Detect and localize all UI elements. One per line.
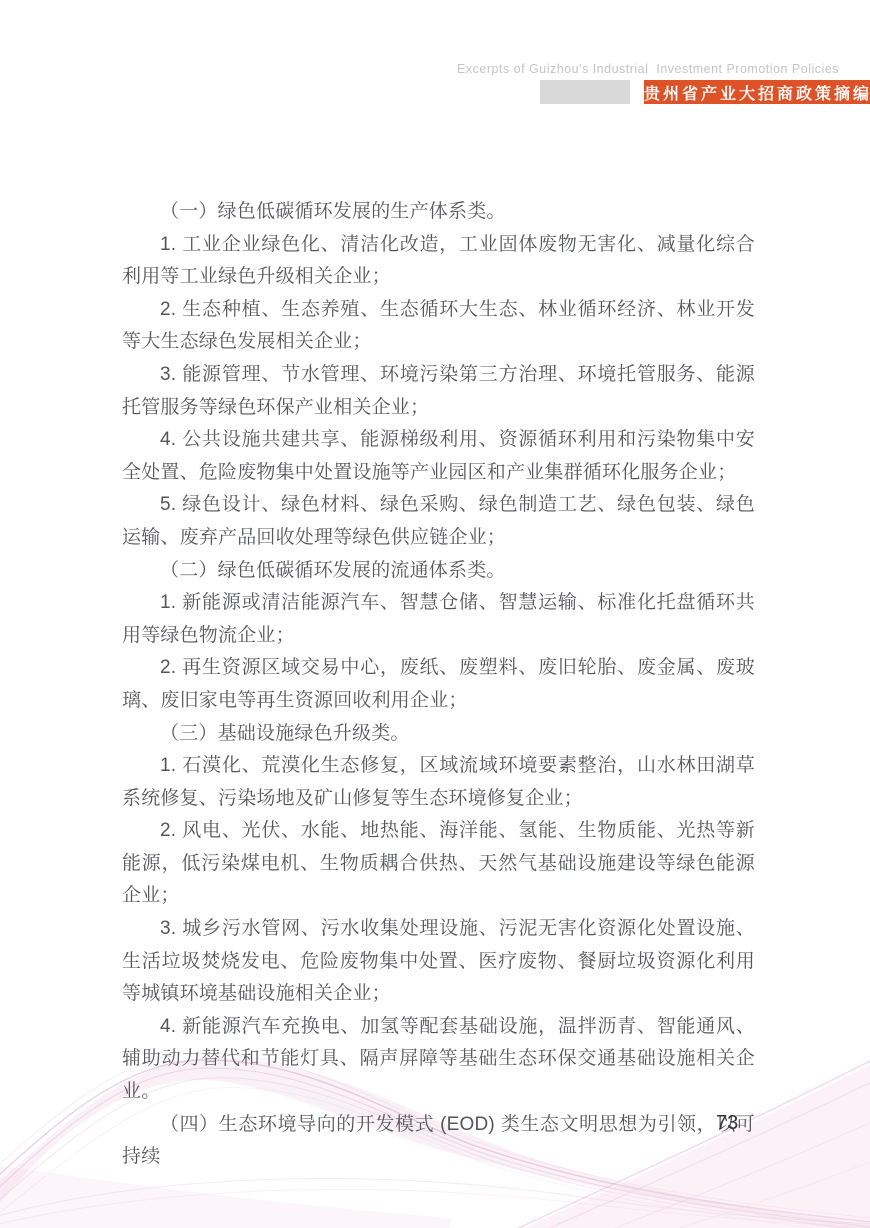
paragraph: 2. 生态种植、生态养殖、生态循环大生态、林业循环经济、林业开发等大生态绿色发展…	[122, 294, 755, 359]
wave-line	[0, 1189, 870, 1228]
paragraph: 4. 公共设施共建共享、能源梯级利用、资源循环利用和污染物集中安全处置、危险废物…	[122, 424, 755, 489]
section-heading-2: （二）绿色低碳循环发展的流通体系类。	[122, 555, 755, 588]
paragraph: 4. 新能源汽车充换电、加氢等配套基础设施，温拌沥青、智能通风、辅助动力替代和节…	[122, 1011, 755, 1109]
paragraph: 1. 工业企业绿色化、清洁化改造，工业固体废物无害化、减量化综合利用等工业绿色升…	[122, 229, 755, 294]
document-body: （一）绿色低碳循环发展的生产体系类。 1. 工业企业绿色化、清洁化改造，工业固体…	[122, 196, 755, 1174]
paragraph: 3. 能源管理、节水管理、环境污染第三方治理、环境托管服务、能源托管服务等绿色环…	[122, 359, 755, 424]
header-gray-block	[540, 80, 630, 104]
paragraph: 2. 风电、光伏、水能、地热能、海洋能、氢能、生物质能、光热等新能源，低污染煤电…	[122, 815, 755, 913]
paragraph: 5. 绿色设计、绿色材料、绿色采购、绿色制造工艺、绿色包装、绿色运输、废弃产品回…	[122, 489, 755, 554]
section-heading-4: （四）生态环境导向的开发模式 (EOD) 类生态文明思想为引领，以可持续	[122, 1109, 755, 1174]
wave-line	[0, 1179, 870, 1224]
section-heading-3: （三）基础设施绿色升级类。	[122, 718, 755, 751]
page-number: 73	[716, 1112, 738, 1135]
paragraph: 3. 城乡污水管网、污水收集处理设施、污泥无害化资源化处置设施、生活垃圾焚烧发电…	[122, 913, 755, 1011]
paragraph: 1. 新能源或清洁能源汽车、智慧仓储、智慧运输、标准化托盘循环共用等绿色物流企业…	[122, 587, 755, 652]
header-english-caption: Excerpts of Guizhou's Industrial Investm…	[457, 62, 839, 76]
paragraph: 1. 石漠化、荒漠化生态修复，区域流域环境要素整治，山水林田湖草系统修复、污染场…	[122, 750, 755, 815]
section-heading-1: （一）绿色低碳循环发展的生产体系类。	[122, 196, 755, 229]
paragraph: 2. 再生资源区域交易中心，废纸、废塑料、废旧轮胎、废金属、废玻璃、废旧家电等再…	[122, 652, 755, 717]
header-chinese-title: 贵州省产业大招商政策摘编	[644, 80, 870, 104]
header-title-bar: 贵州省产业大招商政策摘编	[540, 80, 853, 104]
